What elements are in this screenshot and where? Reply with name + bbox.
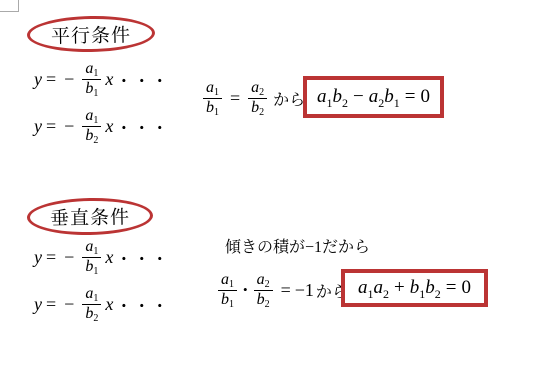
perpendicular-condition-title: 垂直条件	[50, 202, 130, 230]
var-y: y	[34, 247, 42, 268]
perpendicular-result-formula: a1a2+b1b2=0	[358, 277, 471, 299]
kara-connector: から	[271, 87, 305, 110]
slope-product-note: 傾きの積が−1だから	[225, 239, 370, 257]
document-page: 平行条件 y = − a1b1 x ・・・ y = − a1b2 x ・・・ a…	[0, 0, 538, 388]
minus-sign: −	[60, 247, 78, 268]
minus-sign: −	[60, 116, 78, 137]
parallel-condition-title: 平行条件	[51, 20, 131, 48]
fraction-a1-over-b2: a1b2	[82, 108, 101, 145]
fraction-a1-over-b1: a1b1	[82, 61, 101, 98]
equals-sign: =	[42, 69, 60, 90]
minus-sign: −	[60, 69, 78, 90]
var-x: x	[105, 294, 113, 315]
multiplication-dot-icon: •	[241, 282, 250, 298]
var-y: y	[34, 294, 42, 315]
perpendicular-condition-ellipse: 垂直条件	[27, 197, 154, 236]
parallel-condition-ellipse: 平行条件	[27, 15, 156, 53]
margin-crop-mark-horizontal	[0, 11, 19, 12]
equals-sign: =	[42, 116, 60, 137]
fraction-a2-over-b2: a2b2	[254, 272, 273, 309]
var-x: x	[105, 69, 113, 90]
perpendicular-product-equation: a1b1 • a2b2 = −1 から	[214, 267, 348, 313]
parallel-result-box: a1b2−a2b1=0	[303, 76, 444, 118]
parallel-line2-equation: y = − a1b2 x ・・・	[34, 105, 169, 147]
perpendicular-line2-equation: y = − a1b2 x ・・・	[34, 283, 169, 325]
var-x: x	[105, 247, 113, 268]
ellipsis-dots: ・・・	[115, 245, 169, 270]
var-y: y	[34, 69, 42, 90]
perpendicular-result-box: a1a2+b1b2=0	[341, 269, 488, 307]
ellipsis-dots: ・・・	[115, 114, 169, 139]
fraction-a1-over-b1: a1b1	[203, 80, 222, 117]
minus-sign: −	[60, 294, 78, 315]
var-x: x	[105, 116, 113, 137]
ellipsis-dots: ・・・	[115, 292, 169, 317]
fraction-a1-over-b1: a1b1	[82, 239, 101, 276]
equals-sign: =	[42, 247, 60, 268]
parallel-ratio-equation: a1b1 = a2b2 から	[199, 75, 305, 121]
ellipsis-dots: ・・・	[115, 67, 169, 92]
fraction-a1-over-b1: a1b1	[218, 272, 237, 309]
equals-sign: =	[277, 280, 295, 301]
equals-sign: =	[42, 294, 60, 315]
parallel-line1-equation: y = − a1b1 x ・・・	[34, 58, 169, 100]
minus-one-value: −1	[295, 280, 314, 301]
equals-sign: =	[226, 88, 244, 109]
parallel-result-formula: a1b2−a2b1=0	[317, 86, 430, 108]
fraction-a2-over-b2: a2b2	[248, 80, 267, 117]
perpendicular-line1-equation: y = − a1b1 x ・・・	[34, 236, 169, 278]
fraction-a1-over-b2: a1b2	[82, 286, 101, 323]
var-y: y	[34, 116, 42, 137]
